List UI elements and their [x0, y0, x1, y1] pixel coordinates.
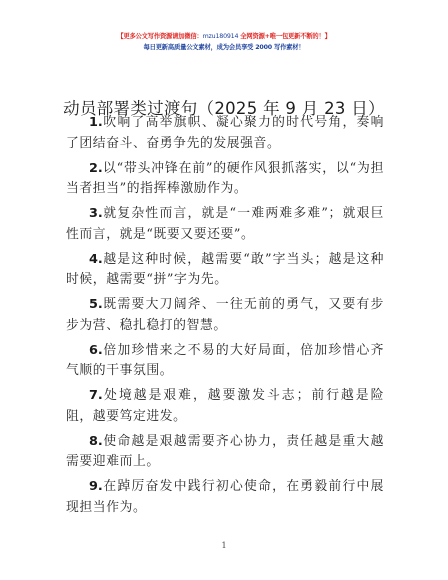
paragraph-text: 在踔厉奋发中践行初心使命，在勇毅前行中展现担当作为。: [66, 479, 384, 515]
paragraph-2: 2.以“带头冲锋在前”的硬作风狠抓落实，以“为担当者担当”的指挥棒激励作为。: [66, 159, 384, 200]
paragraph-text: 倍加珍惜来之不易的大好局面，倍加珍惜心齐气顺的干事氛围。: [66, 343, 384, 379]
paragraph-text: 使命越是艰越需要齐心协力，责任越是重大越需要迎难而上。: [66, 434, 384, 470]
paragraph-number: 6.: [89, 343, 103, 358]
paragraph-text: 吹响了高举旗帜、凝心聚力的时代号角，奏响了团结奋斗、奋勇争先的发展强音。: [66, 115, 384, 151]
paragraph-9: 9.在踔厉奋发中践行初心使命，在勇毅前行中展现担当作为。: [66, 477, 384, 518]
paragraph-6: 6.倍加珍惜来之不易的大好局面，倍加珍惜心齐气顺的干事氛围。: [66, 341, 384, 382]
document-body: 1.吹响了高举旗帜、凝心聚力的时代号角，奏响了团结奋斗、奋勇争先的发展强音。 2…: [66, 113, 384, 523]
paragraph-8: 8.使命越是艰越需要齐心协力，责任越是重大越需要迎难而上。: [66, 432, 384, 473]
paragraph-text: 处境越是艰难，越要激发斗志；前行越是险阻，越要笃定进发。: [66, 388, 384, 424]
paragraph-1: 1.吹响了高举旗帜、凝心聚力的时代号角，奏响了团结奋斗、奋勇争先的发展强音。: [66, 113, 384, 154]
document-page: 【更多公文写作资源请加微信：mzu180914 全网资源+唯一包更新不断的！】 …: [0, 0, 448, 580]
paragraph-3: 3.就复杂性而言，就是“一难两难多难”；就艰巨性而言，就是“既要又要还要”。: [66, 204, 384, 245]
paragraph-number: 2.: [89, 161, 103, 176]
paragraph-5: 5.既需要大刀阔斧、一往无前的勇气，又要有步步为营、稳扎稳打的智慧。: [66, 295, 384, 336]
paragraph-7: 7.处境越是艰难，越要激发斗志；前行越是险阻，越要笃定进发。: [66, 386, 384, 427]
paragraph-text: 既需要大刀阔斧、一往无前的勇气，又要有步步为营、稳扎稳打的智慧。: [66, 297, 384, 333]
paragraph-4: 4.越是这种时候，越需要“敢”字当头；越是这种时候，越需要“拼”字为先。: [66, 250, 384, 291]
promo-banner-line-2: 每日更新高质量公文素材，成为会员享受 2000 写作素材！: [0, 42, 448, 51]
promo-suffix: 全网资源+唯一包更新不断的！】: [238, 33, 330, 40]
paragraph-number: 1.: [89, 115, 103, 130]
promo-wechat-id: mzu180914: [203, 33, 239, 40]
paragraph-text: 就复杂性而言，就是“一难两难多难”；就艰巨性而言，就是“既要又要还要”。: [66, 206, 384, 242]
paragraph-number: 7.: [89, 388, 103, 403]
paragraph-number: 3.: [89, 206, 103, 221]
paragraph-text: 越是这种时候，越需要“敢”字当头；越是这种时候，越需要“拼”字为先。: [66, 252, 384, 288]
paragraph-number: 5.: [89, 297, 103, 312]
promo-prefix: 【更多公文写作资源请加微信：: [117, 33, 202, 40]
paragraph-number: 4.: [89, 252, 103, 267]
paragraph-text: 以“带头冲锋在前”的硬作风狠抓落实，以“为担当者担当”的指挥棒激励作为。: [66, 161, 384, 197]
page-number: 1: [0, 541, 448, 550]
paragraph-number: 9.: [89, 479, 103, 494]
promo-banner-line-1: 【更多公文写作资源请加微信：mzu180914 全网资源+唯一包更新不断的！】: [0, 31, 448, 40]
paragraph-number: 8.: [89, 434, 103, 449]
